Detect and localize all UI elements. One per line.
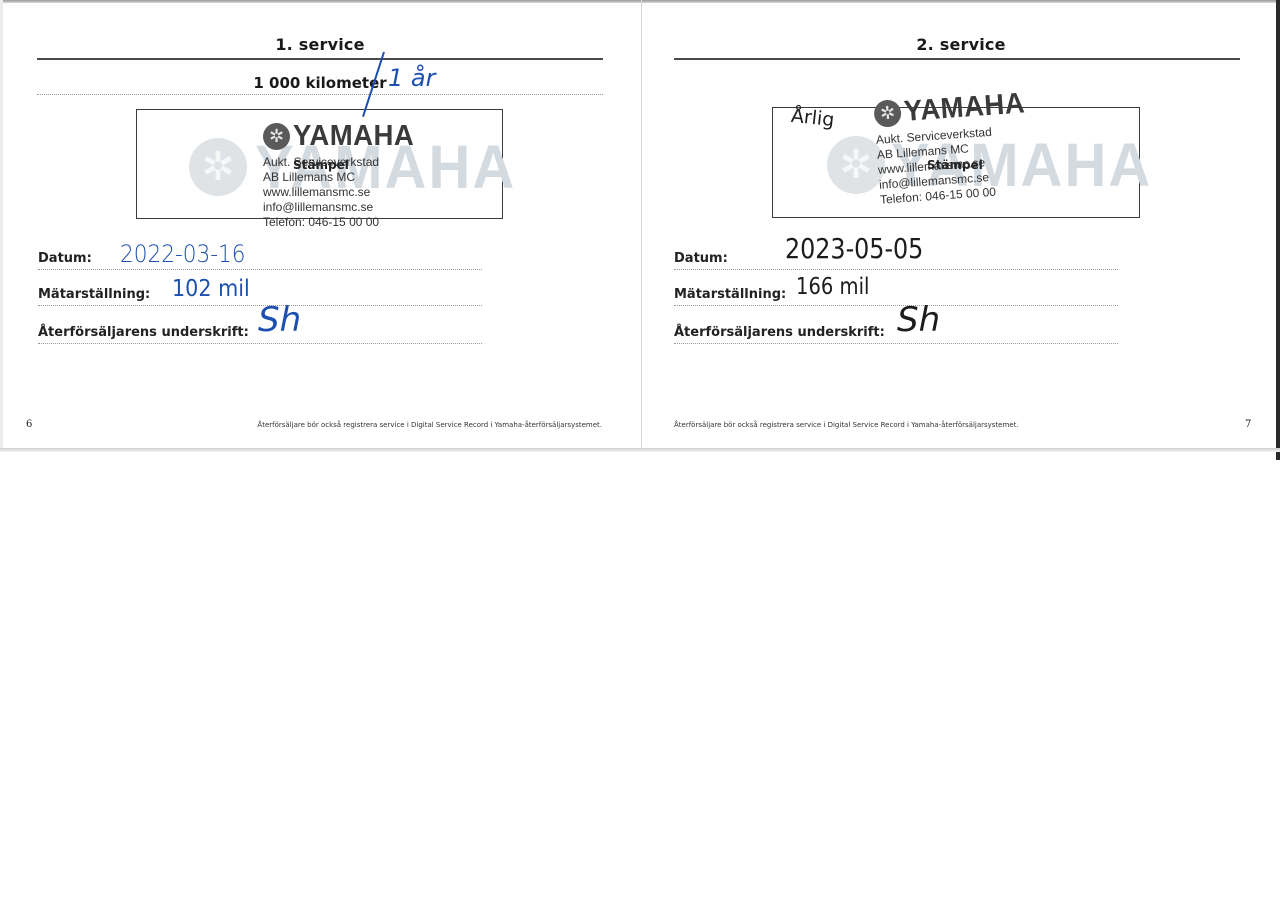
service-title: 1. service bbox=[0, 35, 640, 54]
signature-line bbox=[38, 343, 482, 344]
footer-note: Återförsäljare bör också registrera serv… bbox=[674, 421, 1019, 429]
handwritten-signature: Sh bbox=[258, 300, 301, 340]
signature-label: Återförsäljarens underskrift: bbox=[674, 325, 885, 340]
page-number: 6 bbox=[26, 419, 32, 430]
signature-line bbox=[674, 343, 1118, 344]
handwritten-odometer: 166 mil bbox=[796, 274, 869, 300]
stamp-brand-name: YAMAHA bbox=[293, 120, 414, 153]
datum-line bbox=[674, 269, 1118, 270]
handwritten-interval-note: Årlig bbox=[790, 105, 835, 131]
odometer-label: Mätarställning: bbox=[38, 287, 150, 302]
footer-note: Återförsäljare bör också registrera serv… bbox=[257, 421, 602, 429]
service-title: 2. service bbox=[641, 35, 1280, 54]
handwritten-interval-note: 1 år bbox=[388, 64, 435, 92]
stamp-address: Aukt. Serviceverkstad AB Lillemans MC ww… bbox=[875, 122, 1037, 208]
stamp-address: Aukt. Serviceverkstad AB Lillemans MC ww… bbox=[263, 155, 421, 230]
stamp-box: YAMAHA Stämpel ✲ YAMAHA Aukt. Servicever… bbox=[136, 109, 503, 219]
title-rule bbox=[37, 58, 603, 60]
stamp-line: info@lillemansmc.se bbox=[263, 200, 421, 215]
datum-label: Datum: bbox=[674, 251, 728, 266]
title-rule bbox=[674, 58, 1240, 60]
page-number: 7 bbox=[1245, 419, 1251, 430]
stamp-line: Aukt. Serviceverkstad bbox=[263, 155, 421, 170]
dealer-stamp: ✲ YAMAHA Aukt. Serviceverkstad AB Lillem… bbox=[263, 120, 421, 230]
stamp-brand: ✲ YAMAHA bbox=[263, 120, 421, 153]
handwritten-date: 2023-05-05 bbox=[785, 232, 923, 265]
dealer-stamp: ✲ YAMAHA Aukt. Serviceverkstad AB Lillem… bbox=[873, 87, 1038, 208]
yamaha-watermark-logo-icon bbox=[189, 138, 247, 196]
service-page-2: 2. service YAMAHA Stämpel ✲ YAMAHA Aukt.… bbox=[641, 0, 1280, 448]
stamp-line: AB Lillemans MC bbox=[263, 170, 421, 185]
handwritten-odometer: 102 mil bbox=[172, 276, 250, 302]
service-page-1: 1. service 1 000 kilometer YAMAHA Stämpe… bbox=[0, 0, 640, 448]
handwritten-signature: Sh bbox=[897, 300, 940, 340]
odometer-line bbox=[674, 305, 1118, 306]
datum-label: Datum: bbox=[38, 251, 92, 266]
odometer-field: Mätarställning: bbox=[674, 286, 1118, 306]
yamaha-tuning-fork-icon: ✲ bbox=[873, 99, 902, 128]
stamp-line: www.lillemansmc.se bbox=[263, 185, 421, 200]
datum-line bbox=[38, 269, 482, 270]
datum-field: Datum: bbox=[38, 250, 482, 270]
interval-label: 1 000 kilometer bbox=[0, 74, 640, 92]
spread-bottom-edge bbox=[0, 448, 1280, 452]
interval-rule bbox=[37, 94, 603, 95]
odometer-label: Mätarställning: bbox=[674, 287, 786, 302]
signature-field: Återförsäljarens underskrift: bbox=[674, 324, 1118, 344]
stamp-line: Telefon: 046-15 00 00 bbox=[263, 215, 421, 230]
signature-label: Återförsäljarens underskrift: bbox=[38, 325, 249, 340]
yamaha-tuning-fork-icon: ✲ bbox=[263, 123, 290, 150]
handwritten-date: 2022-03-16 bbox=[120, 240, 246, 268]
